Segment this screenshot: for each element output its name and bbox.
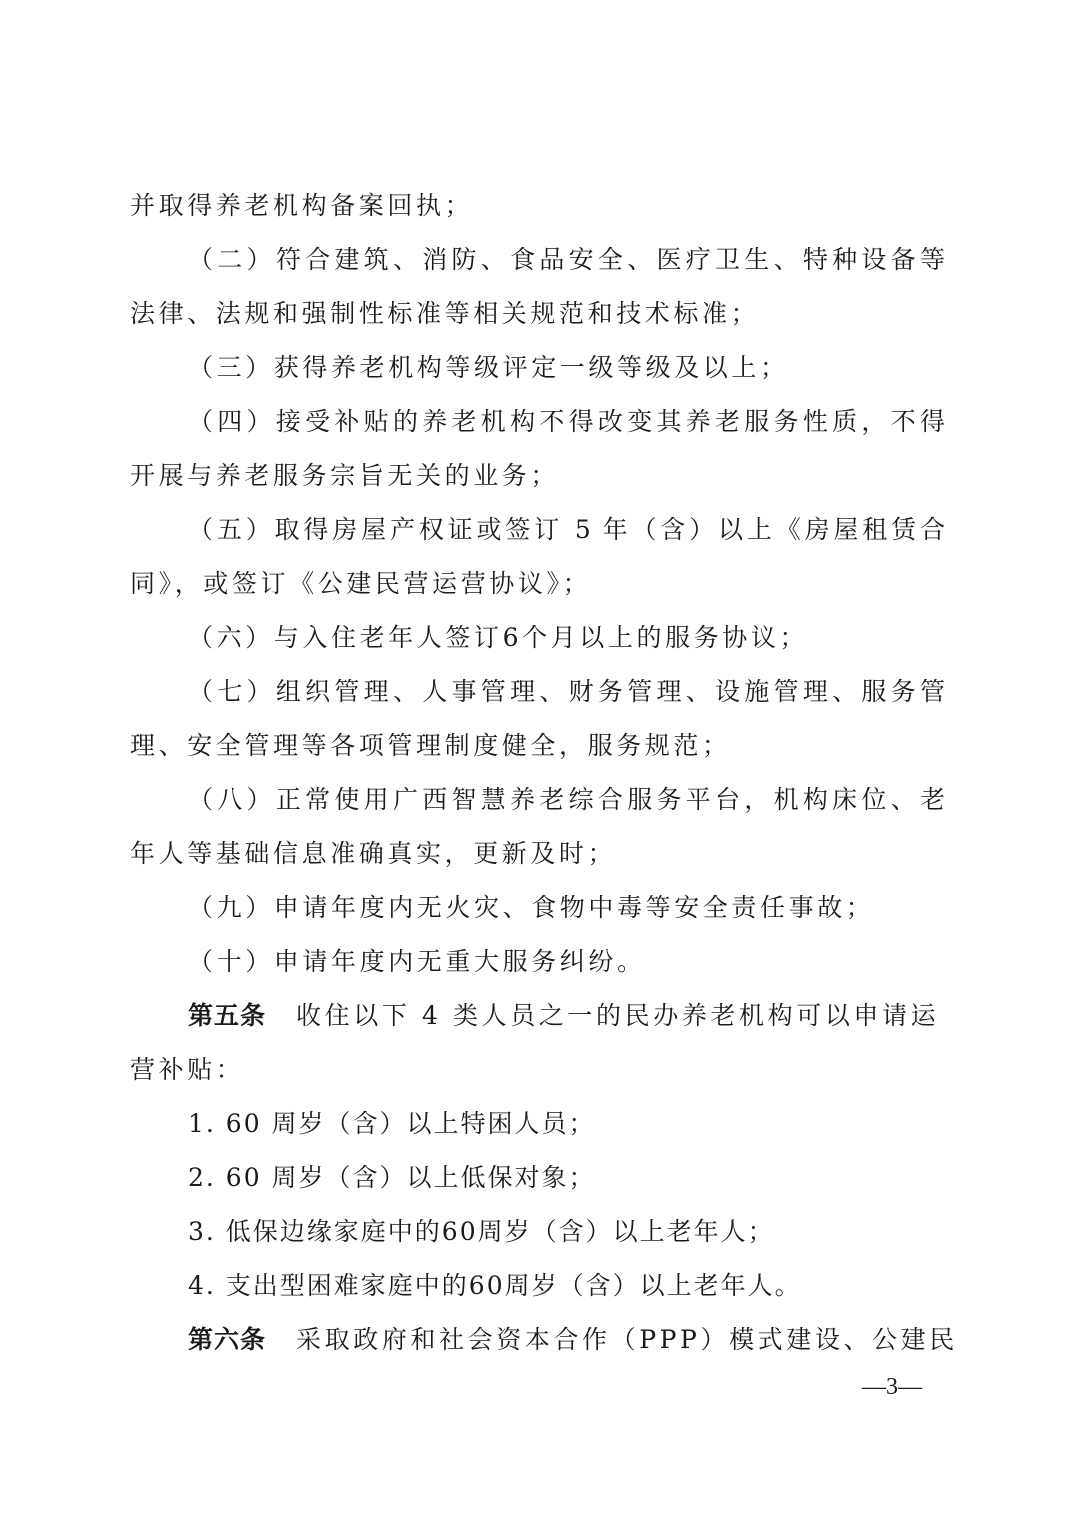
- article-5-line-2: 营补贴：: [130, 1054, 945, 1086]
- article-5-item-3: 3. 低保边缘家庭中的60周岁（含）以上老年人；: [188, 1216, 1003, 1248]
- article-5-item-2: 2. 60 周岁（含）以上低保对象；: [188, 1162, 1003, 1194]
- article-6-heading: 第六条: [188, 1325, 266, 1354]
- document-page: 并取得养老机构备案回执； （二）符合建筑、消防、食品安全、医疗卫生、特种设备等 …: [0, 0, 1074, 1520]
- article-5-item-4: 4. 支出型困难家庭中的60周岁（含）以上老年人。: [188, 1270, 1003, 1302]
- item-8-line-2: 年人等基础信息准确真实，更新及时；: [130, 838, 945, 870]
- article-5-line-1: 第五条收住以下 4 类人员之一的民办养老机构可以申请运: [188, 1000, 1003, 1032]
- article-5-item-1: 1. 60 周岁（含）以上特困人员；: [188, 1108, 1003, 1140]
- item-3: （三）获得养老机构等级评定一级等级及以上；: [188, 352, 1003, 384]
- item-4-line-1: （四）接受补贴的养老机构不得改变其养老服务性质，不得: [188, 406, 945, 438]
- page-number: —3—: [862, 1372, 922, 1402]
- item-2-line-2: 法律、法规和强制性标准等相关规范和技术标准；: [130, 298, 945, 330]
- item-8-line-1: （八）正常使用广西智慧养老综合服务平台，机构床位、老: [188, 784, 945, 816]
- item-6: （六）与入住老年人签订6个月以上的服务协议；: [188, 622, 1003, 654]
- item-7-line-2: 理、安全管理等各项管理制度健全，服务规范；: [130, 730, 945, 762]
- article-5-text: 收住以下 4 类人员之一的民办养老机构可以申请运: [296, 1001, 939, 1030]
- paragraph-line: 并取得养老机构备案回执；: [130, 190, 945, 222]
- item-5-line-2: 同》，或签订《公建民营运营协议》；: [130, 568, 945, 600]
- article-6-line-1: 第六条采取政府和社会资本合作（PPP）模式建设、公建民: [188, 1324, 1003, 1356]
- item-4-line-2: 开展与养老服务宗旨无关的业务；: [130, 460, 945, 492]
- article-5-heading: 第五条: [188, 1001, 266, 1030]
- item-5-line-1: （五）取得房屋产权证或签订 5 年（含）以上《房屋租赁合: [188, 514, 945, 546]
- item-2-line-1: （二）符合建筑、消防、食品安全、医疗卫生、特种设备等: [188, 244, 945, 276]
- item-10: （十）申请年度内无重大服务纠纷。: [188, 946, 1003, 978]
- article-6-text: 采取政府和社会资本合作（PPP）模式建设、公建民: [296, 1325, 958, 1354]
- item-7-line-1: （七）组织管理、人事管理、财务管理、设施管理、服务管: [188, 676, 945, 708]
- item-9: （九）申请年度内无火灾、食物中毒等安全责任事故；: [188, 892, 1003, 924]
